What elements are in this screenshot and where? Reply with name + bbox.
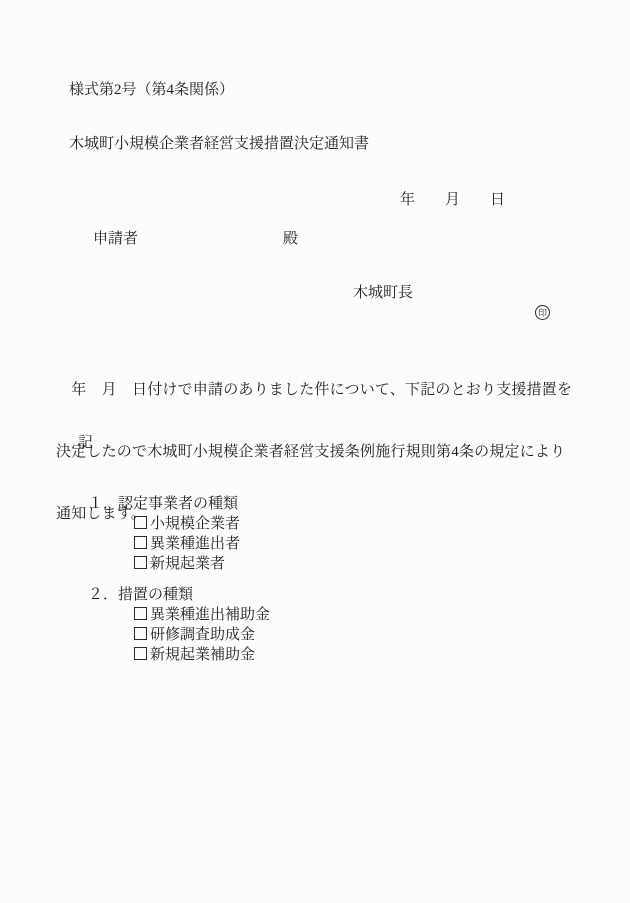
seal-icon: 印 bbox=[520, 284, 550, 340]
checkbox-label: 新規起業補助金 bbox=[150, 647, 255, 663]
addressee-label: 申請者 bbox=[93, 230, 138, 249]
sender-title: 木城町長 bbox=[353, 284, 413, 303]
form-number: 様式第2号（第4条関係） bbox=[69, 81, 234, 100]
record-marker: 記 bbox=[78, 434, 93, 453]
page-title: 木城町小規模企業者経営支援措置決定通知書 bbox=[69, 135, 369, 154]
checkbox-icon bbox=[134, 647, 147, 660]
document-page: 様式第2号（第4条関係） 木城町小規模企業者経営支援措置決定通知書 年 月 日 … bbox=[0, 0, 630, 903]
date-line: 年 月 日 bbox=[400, 191, 505, 210]
seal-text: 印 bbox=[535, 305, 550, 320]
section-1-number: １． bbox=[88, 496, 118, 512]
section-2-number: ２． bbox=[88, 587, 118, 603]
body-line: 年 月 日付けで申請のありました件について、下記のとおり支援措置を bbox=[56, 380, 572, 401]
addressee-honorific: 殿 bbox=[283, 230, 298, 249]
checkbox-item: 新規起業補助金 bbox=[119, 627, 255, 683]
body-line: 決定したので木城町小規模企業者経営支援条例施行規則第4条の規定により bbox=[56, 442, 572, 463]
